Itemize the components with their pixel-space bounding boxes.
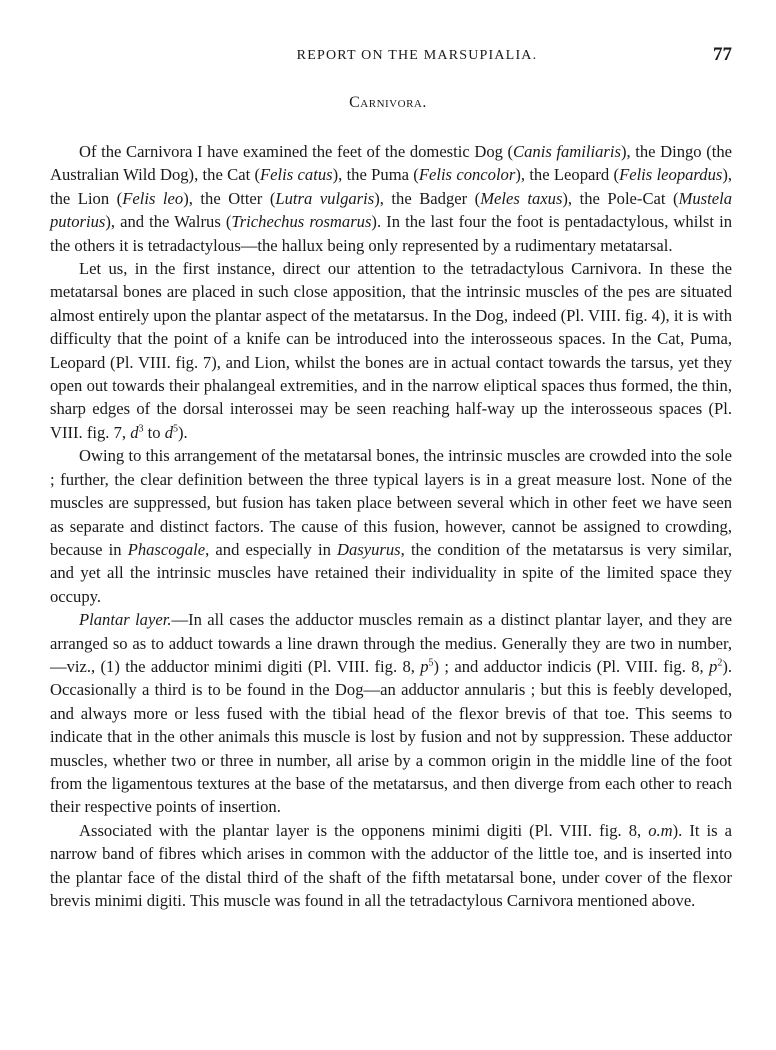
superscript: 3 bbox=[138, 423, 143, 434]
italic-text: Meles taxus bbox=[480, 189, 562, 208]
superscript: 5 bbox=[173, 423, 178, 434]
italic-text: Lutra vulgaris bbox=[275, 189, 374, 208]
italic-text: o.m bbox=[648, 821, 672, 840]
body-text: Of the Carnivora I have examined the fee… bbox=[50, 140, 732, 912]
italic-text: Felis leo bbox=[122, 189, 183, 208]
italic-text: Trichechus rosmarus bbox=[231, 212, 371, 231]
superscript: 5 bbox=[429, 657, 434, 668]
running-head: REPORT ON THE MARSUPIALIA. 77 bbox=[50, 44, 732, 68]
italic-text: Phascogale bbox=[128, 540, 205, 559]
italic-text: p bbox=[420, 657, 428, 676]
paragraph: Of the Carnivora I have examined the fee… bbox=[50, 140, 732, 257]
italic-text: d bbox=[165, 423, 173, 442]
section-title: Carnivora. bbox=[0, 94, 776, 112]
paragraph: Associated with the plantar layer is the… bbox=[50, 819, 732, 913]
italic-text: Canis familiaris bbox=[513, 142, 621, 161]
italic-text: Felis concolor bbox=[419, 165, 516, 184]
italic-text: Felis leopardus bbox=[619, 165, 722, 184]
italic-text: Dasyurus bbox=[337, 540, 401, 559]
superscript: 2 bbox=[717, 657, 722, 668]
running-title: REPORT ON THE MARSUPIALIA. bbox=[50, 48, 732, 64]
page-number: 77 bbox=[713, 44, 732, 66]
italic-text: Plantar layer. bbox=[79, 610, 171, 629]
italic-text: Felis catus bbox=[260, 165, 333, 184]
paragraph: Let us, in the first instance, direct ou… bbox=[50, 257, 732, 444]
paragraph: Owing to this arrangement of the metatar… bbox=[50, 444, 732, 608]
paragraph: Plantar layer.—In all cases the adductor… bbox=[50, 608, 732, 819]
